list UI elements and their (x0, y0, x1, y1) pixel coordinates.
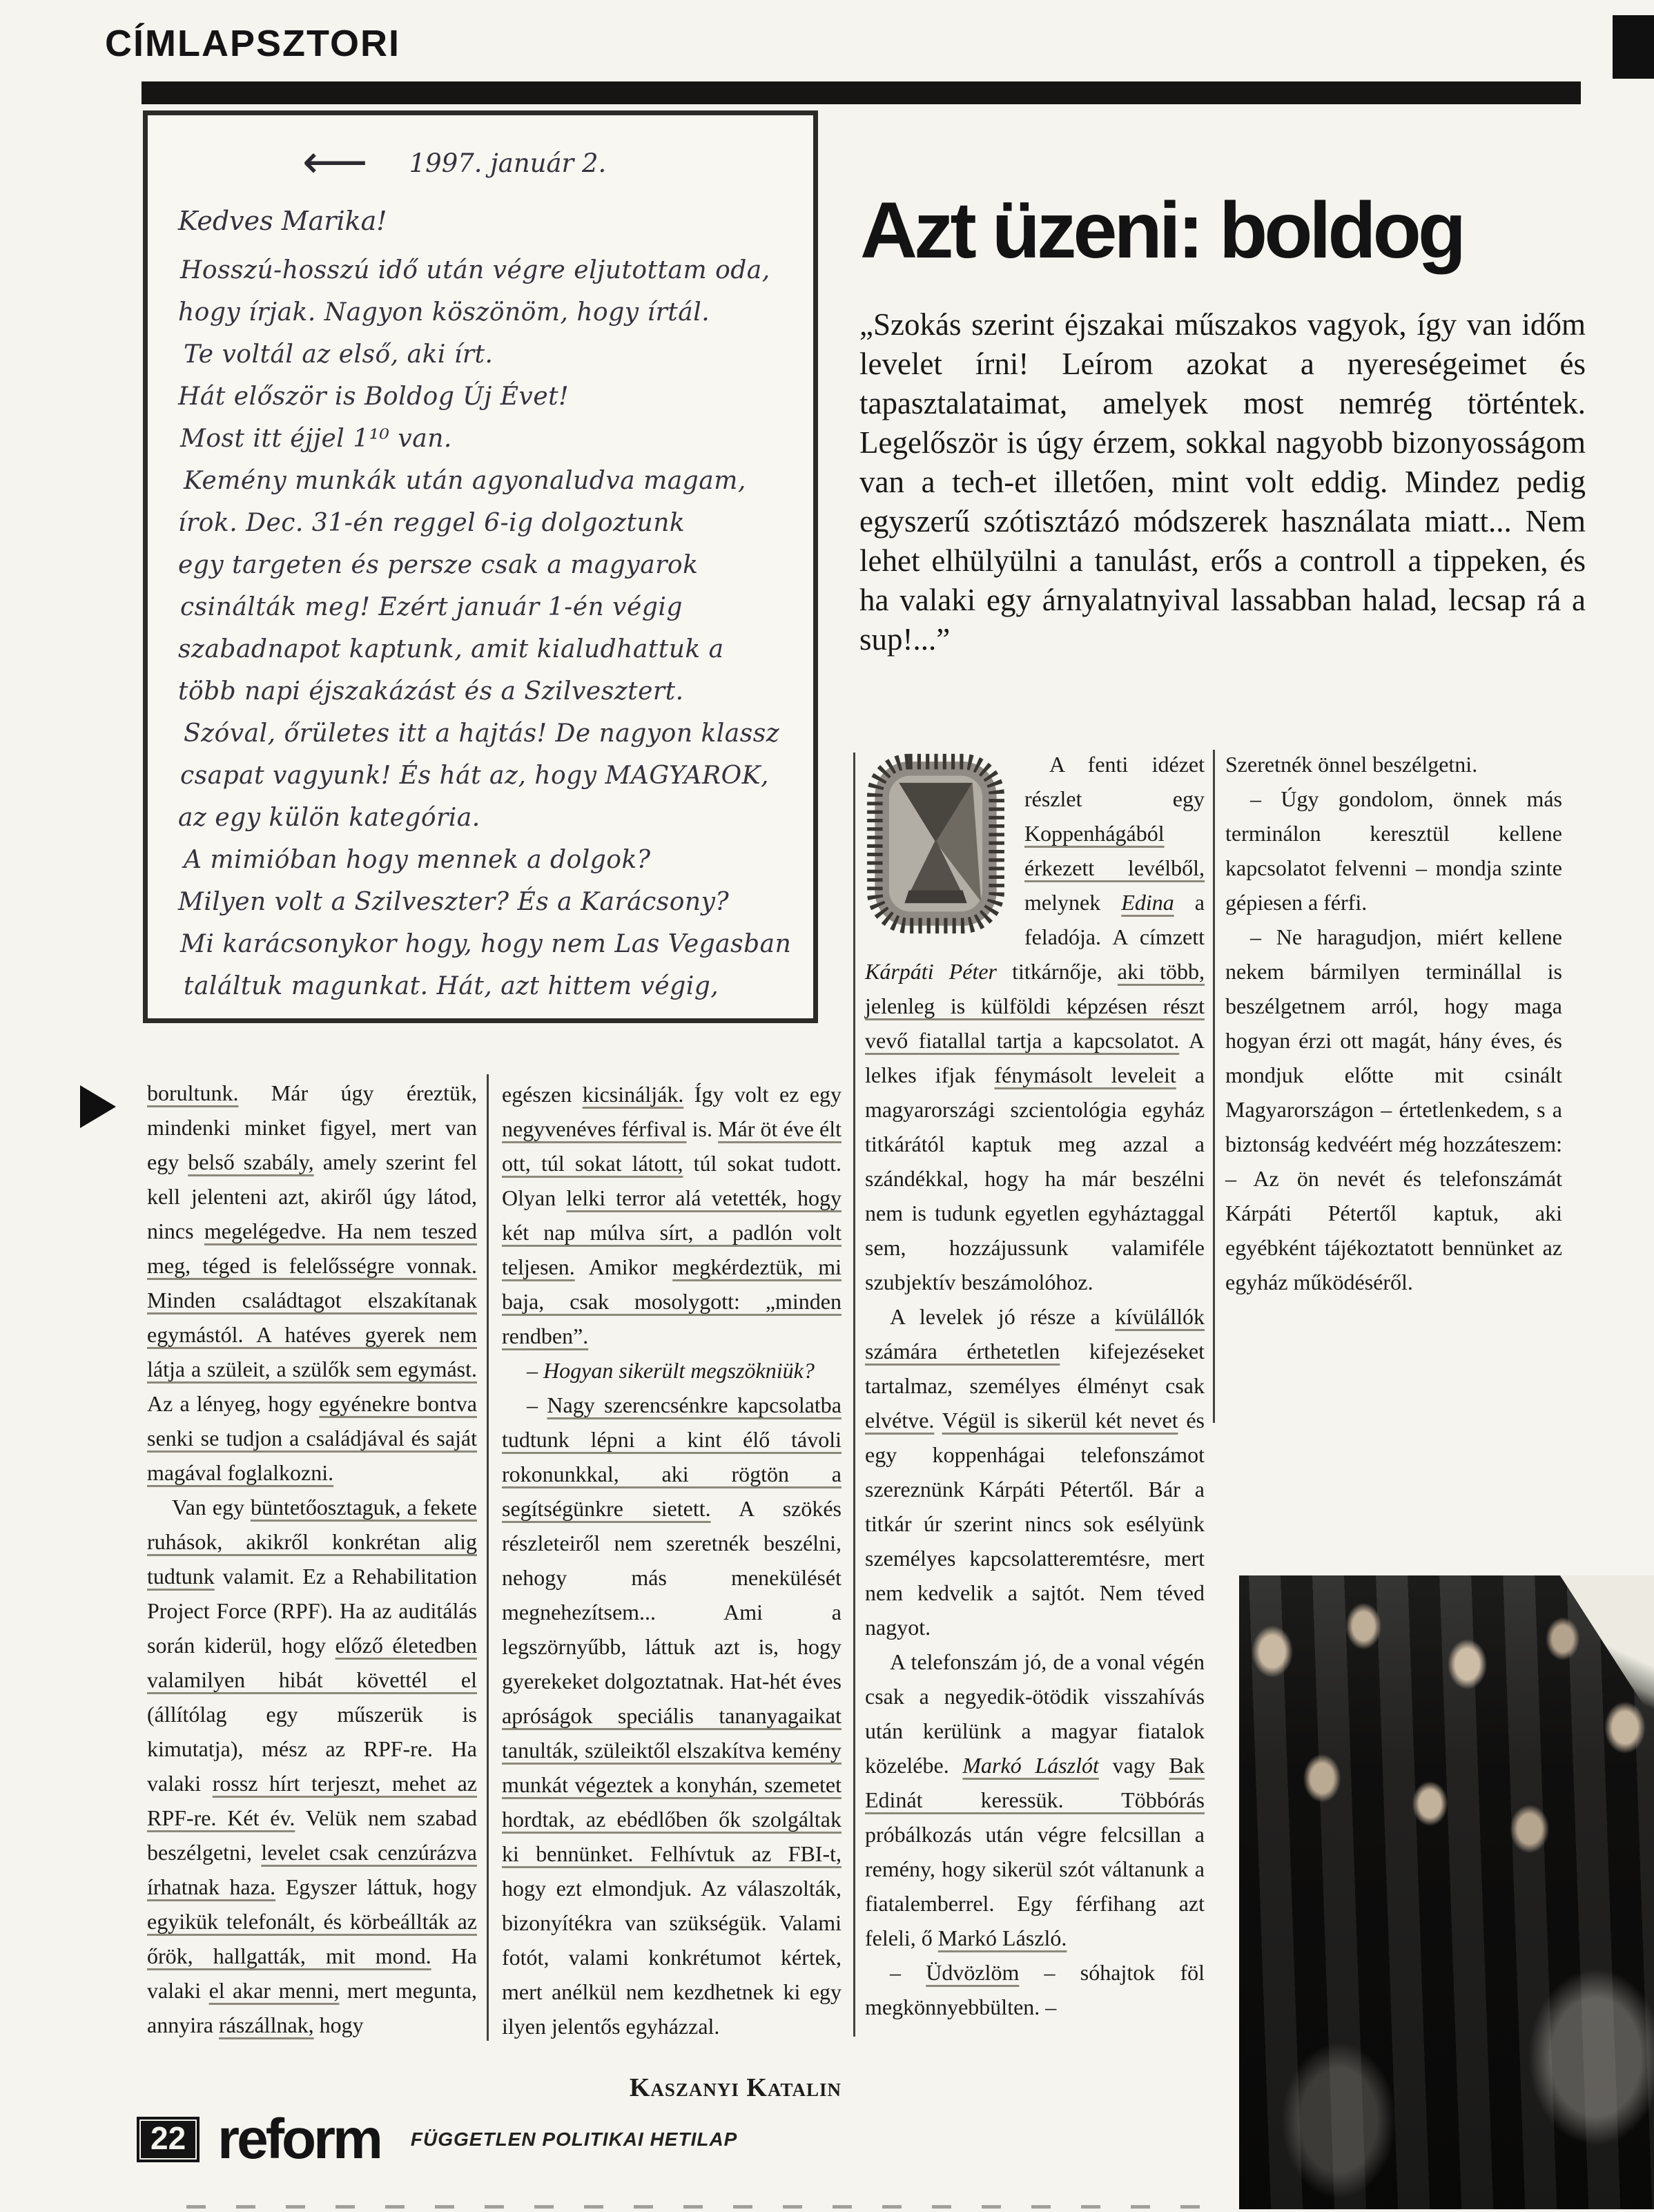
letter-date: 1997. január 2. (409, 148, 607, 178)
text-run: melynek (1024, 890, 1121, 915)
letter-line: Kemény munkák után agyonaludva magam, (178, 460, 783, 502)
text-run: Szeretnék önnel beszélgetni. (1225, 752, 1477, 777)
letter-line: szabadnapot kaptunk, amit kialudhattuk a (178, 628, 783, 670)
paragraph: egészen kicsinálják. Így volt ez egy neg… (502, 1077, 841, 1353)
text-run: A fenti idézet részlet egy (1024, 752, 1205, 811)
article-headline: Azt üzeni: boldog (860, 185, 1599, 276)
text-run: – Úgy gondolom, önnek más terminálon ker… (1225, 786, 1562, 915)
text-run: és egy koppenhágai telefonszámot szerezn… (865, 1408, 1205, 1640)
text-run: hogy (314, 2012, 364, 2037)
letter-line: találtuk magunkat. Hát, azt hittem végig… (178, 965, 783, 1007)
letter-line: Hát először is Boldog Új Évet! (178, 376, 783, 418)
text-run: titkárnője, (997, 959, 1118, 984)
section-kicker: CÍMLAPSZTORI (105, 22, 400, 65)
text-run: vagy (1099, 1753, 1169, 1778)
text-run: A levelek jó része a (890, 1304, 1115, 1329)
letter-line: Szóval, őrületes itt a hajtás! De nagyon… (178, 712, 783, 755)
stamp-icon (865, 751, 1006, 936)
byline: Kaszanyi Katalin (502, 2073, 841, 2103)
letter-line: hogy írjak. Nagyon köszönöm, hogy írtál. (178, 291, 783, 333)
paragraph: Szeretnék önnel beszélgetni. (1225, 747, 1562, 782)
text-run: hogy ezt elmondjuk. Az válaszolták, bizo… (502, 1876, 841, 2039)
text-run: Egyszer láttuk, hogy (275, 1874, 477, 1899)
text-run: – (890, 1960, 926, 1985)
letter-line: Te voltál az első, aki írt. (178, 333, 783, 376)
text-run: Koppenhágából érkezett levélből, (1024, 821, 1205, 880)
text-run: is. (687, 1116, 719, 1141)
text-run: – (527, 1393, 547, 1417)
text-run (934, 1408, 942, 1433)
letter-line: Milyen volt a Szilveszter? És a Karácson… (178, 881, 783, 923)
lead-quote: „Szokás szerint éjszakai műszakos vagyok… (859, 305, 1586, 659)
column-rule (487, 1074, 489, 2041)
text-run: Üdvözlöm (926, 1960, 1019, 1985)
scan-artifact-dashes (186, 2205, 1222, 2209)
article-column-4: Szeretnék önnel beszélgetni.– Úgy gondol… (1225, 747, 1562, 1299)
letter-salutation: Kedves Marika! (178, 200, 783, 242)
crowd-photo (1239, 1575, 1654, 2209)
text-run: apróságok speciális tananyagaikat tanult… (502, 1703, 841, 1866)
letter-line: A mimióban hogy mennek a dolgok? (178, 839, 783, 881)
paragraph: – Nagy szerencsénkre kapcsolatba tudtunk… (502, 1388, 841, 2044)
text-run: Amikor (575, 1254, 672, 1279)
continuation-arrow-icon (80, 1085, 116, 1128)
column-rule (853, 753, 855, 2037)
header-rule (142, 81, 1581, 104)
magazine-page: CÍMLAPSZTORI ⟵ 1997. január 2. Kedves Ma… (0, 0, 1654, 2212)
text-run: Markó László. (938, 1925, 1067, 1950)
paragraph: A levelek jó része a kívülállók számára … (865, 1299, 1205, 1645)
text-run: A szökés részleteiről nem szeretnék besz… (502, 1496, 841, 1694)
letter-body: Hosszú-hosszú idő után végre eljutottam … (178, 249, 783, 1007)
letter-line: az egy külön kategória. (178, 797, 783, 839)
letter-line: írok. Dec. 31-én reggel 6-ig dolgoztunk (178, 502, 783, 544)
paragraph: – Üdvözlöm – sóhajtok föl megkönnyebbült… (865, 1955, 1205, 2024)
page-footer: 22 reform FÜGGETLEN POLITIKAI HETILAP (137, 2111, 737, 2168)
paragraph: borultunk. Már úgy éreztük, mindenki min… (147, 1076, 477, 1490)
text-run: a magyarországi szcientológia egyház tit… (865, 1063, 1205, 1294)
text-run: Az a lényeg, hogy (147, 1391, 319, 1416)
text-run: Így volt ez egy (683, 1082, 841, 1107)
paragraph: – Úgy gondolom, önnek más terminálon ker… (1225, 782, 1562, 920)
article-column-2: egészen kicsinálják. Így volt ez egy neg… (502, 1077, 841, 2044)
text-run: belső szabály, (188, 1149, 313, 1174)
letter-line: Hosszú-hosszú idő után végre eljutottam … (178, 249, 783, 291)
text-run: negyvenéves férfival (502, 1116, 687, 1141)
letter-line: több napi éjszakázást és a Szilvesztert. (178, 670, 783, 712)
text-run: el akar menni, (209, 1978, 340, 2003)
text-run: – Hogyan sikerült megszökniük? (527, 1358, 815, 1383)
text-run: Markó Lászlót (962, 1753, 1098, 1778)
paragraph: – Hogyan sikerült megszökniük? (502, 1353, 841, 1388)
letter-line: csinálták meg! Ezért január 1-én végig (178, 586, 783, 628)
letter-line: csapat vagyunk! És hát az, hogy MAGYAROK… (178, 755, 783, 797)
text-run: Edina (1121, 890, 1174, 915)
flag-highlight (1544, 1575, 1654, 1741)
left-arrow-icon: ⟵ (302, 142, 368, 184)
scan-artifact-mark (1613, 15, 1654, 79)
paragraph: Van egy büntetőosztaguk, a fekete ruháso… (147, 1490, 477, 2042)
letter-header: ⟵ 1997. január 2. (302, 139, 783, 187)
text-run: egészen (502, 1082, 583, 1107)
text-run: borultunk. (147, 1080, 238, 1105)
text-run: kicsinálják. (583, 1082, 684, 1107)
article-column-1: borultunk. Már úgy éreztük, mindenki min… (147, 1076, 477, 2042)
column-rule (1213, 750, 1215, 1423)
text-run: – Ne haragudjon, miért kellene nekem bár… (1225, 924, 1562, 1294)
magazine-tagline: FÜGGETLEN POLITIKAI HETILAP (411, 2128, 737, 2151)
text-run: egyikük telefonált, és körbeállták az őr… (147, 1909, 477, 1968)
text-run: Végül is sikerül két nevet (942, 1408, 1178, 1433)
magazine-logo: reform (217, 2111, 380, 2168)
paragraph: A telefonszám jó, de a vonal végén csak … (865, 1645, 1205, 1955)
text-run: rászállnak, (219, 2012, 314, 2037)
handwritten-letter: ⟵ 1997. január 2. Kedves Marika! Hosszú-… (143, 110, 818, 1023)
text-run: Van egy (172, 1495, 251, 1520)
page-number: 22 (137, 2117, 200, 2162)
letter-line: Most itt éjjel 1¹⁰ van. (178, 418, 783, 460)
letter-line: egy targeten és persze csak a magyarok (178, 544, 783, 586)
text-run: Kárpáti Péter (865, 959, 997, 984)
paragraph: – Ne haragudjon, miért kellene nekem bár… (1225, 920, 1562, 1299)
text-run: elvétve. (865, 1408, 934, 1433)
letter-line: Mi karácsonykor hogy, hogy nem Las Vegas… (178, 923, 783, 965)
article-column-3: A fenti idézet részlet egy Koppenhágából… (865, 747, 1205, 2024)
text-run: fénymásolt leveleit (994, 1063, 1176, 1087)
